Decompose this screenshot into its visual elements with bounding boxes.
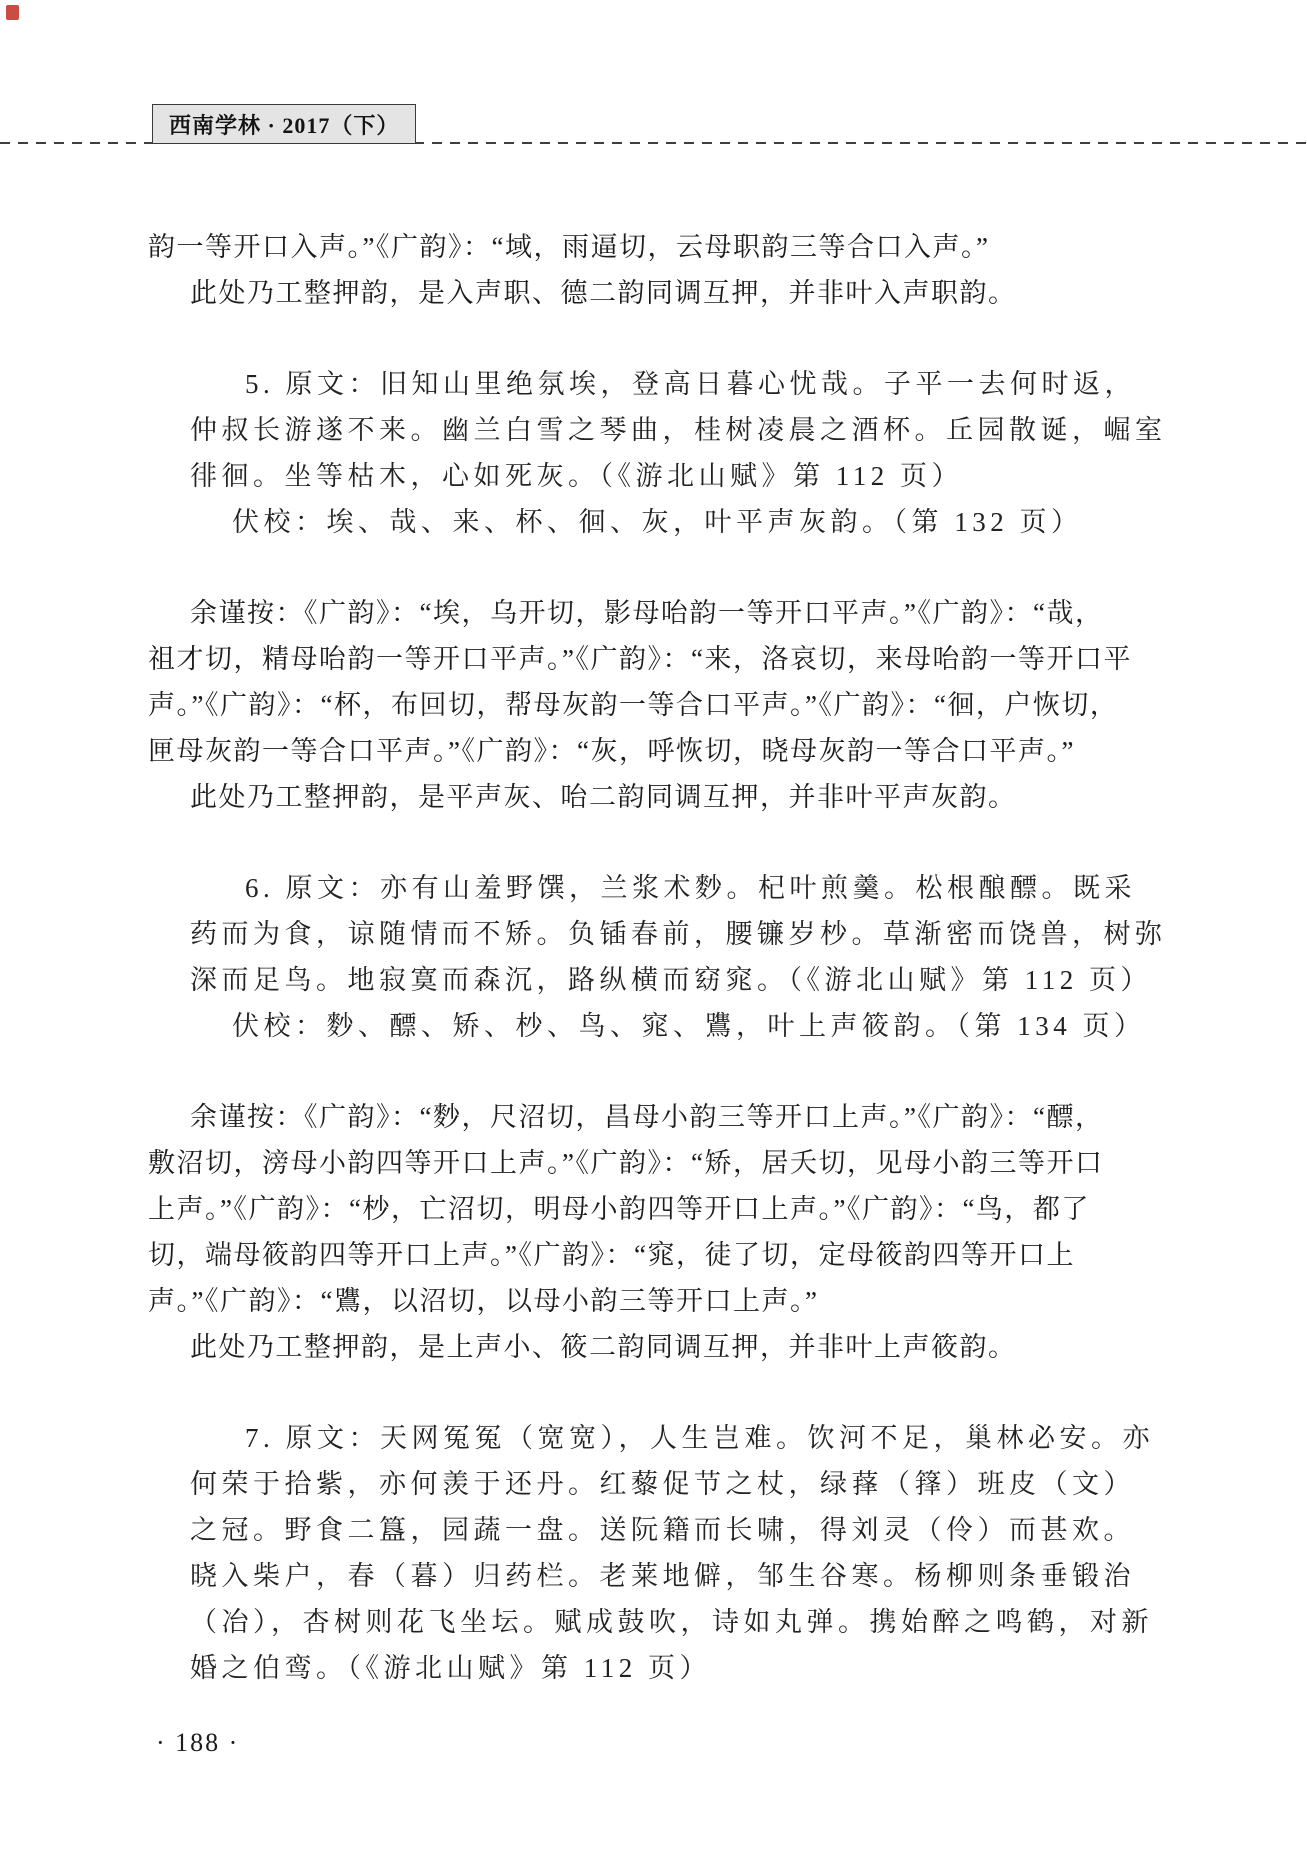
journal-title: 西南学林 · 2017（下）	[169, 109, 399, 140]
quotation-block: 7. 原文：天网冤冤（宽宽），人生岂难。饮河不足，巢林必安。亦何荣于拾紫，亦何羡…	[148, 1415, 1162, 1691]
document-page: 西南学林 · 2017（下） 韵一等开口入声。”《广韵》：“域，雨逼切，云母职韵…	[0, 0, 1307, 1859]
text-line: 婚之伯鸾。（《游北山赋》第 112 页）	[148, 1645, 1162, 1691]
page-number: · 188 ·	[156, 1728, 239, 1757]
text-line: 6. 原文：亦有山羞野馔，兰浆术麨。杞叶煎羹。松根酿醥。既采	[148, 865, 1162, 911]
text-line: 晓入柴户，春（暮）归药栏。老莱地僻，邹生谷寒。杨柳则条垂锻治	[148, 1553, 1162, 1599]
page-content: 韵一等开口入声。”《广韵》：“域，雨逼切，云母职韵三等合口入声。”此处乃工整押韵…	[148, 224, 1162, 1691]
text-line: 余谨按：《广韵》：“麨，尺沼切，昌母小韵三等开口上声。”《广韵》：“醥，	[148, 1094, 1162, 1140]
text-line: 5. 原文：旧知山里绝氛埃，登高日暮心忧哉。子平一去何时返，	[148, 361, 1162, 407]
text-line: 敷沼切，滂母小韵四等开口上声。”《广韵》：“矫，居夭切，见母小韵三等开口	[148, 1140, 1162, 1186]
text-line: 何荣于拾紫，亦何羡于还丹。红藜促节之杖，绿萚（箨）班皮（文）	[148, 1461, 1162, 1507]
text-line: 7. 原文：天网冤冤（宽宽），人生岂难。饮河不足，巢林必安。亦	[148, 1415, 1162, 1461]
paragraph-block: 韵一等开口入声。”《广韵》：“域，雨逼切，云母职韵三等合口入声。”此处乃工整押韵…	[148, 224, 1162, 316]
text-line: 此处乃工整押韵，是入声职、德二韵同调互押，并非叶入声职韵。	[148, 270, 1162, 316]
corner-mark	[6, 5, 19, 20]
text-line: 徘徊。坐等枯木，心如死灰。（《游北山赋》第 112 页）	[148, 453, 1162, 499]
paragraph-block: 余谨按：《广韵》：“麨，尺沼切，昌母小韵三等开口上声。”《广韵》：“醥，敷沼切，…	[148, 1094, 1162, 1370]
quotation-block: 5. 原文：旧知山里绝氛埃，登高日暮心忧哉。子平一去何时返，仲叔长游遂不来。幽兰…	[148, 361, 1162, 545]
text-line: 韵一等开口入声。”《广韵》：“域，雨逼切，云母职韵三等合口入声。”	[148, 224, 1162, 270]
text-line: （冶），杏树则花飞坐坛。赋成鼓吹，诗如丸弹。携始醉之鸣鹤，对新	[148, 1599, 1162, 1645]
text-line: 此处乃工整押韵，是上声小、筱二韵同调互押，并非叶上声筱韵。	[148, 1324, 1162, 1370]
text-line: 之冠。野食二簋，园蔬一盘。送阮籍而长啸，得刘灵（伶）而甚欢。	[148, 1507, 1162, 1553]
paragraph-block: 余谨按：《广韵》：“埃，乌开切，影母咍韵一等开口平声。”《广韵》：“哉，祖才切，…	[148, 590, 1162, 820]
text-line: 药而为食，谅随情而不矫。负锸春前，腰镰岁杪。草渐密而饶兽，树弥	[148, 911, 1162, 957]
text-line: 仲叔长游遂不来。幽兰白雪之琴曲，桂树凌晨之酒杯。丘园散诞，崛室	[148, 407, 1162, 453]
text-line: 声。”《广韵》：“鷕，以沼切，以母小韵三等开口上声。”	[148, 1278, 1162, 1324]
journal-title-box: 西南学林 · 2017（下）	[152, 104, 416, 144]
text-line: 伏校：埃、哉、来、杯、徊、灰，叶平声灰韵。（第 132 页）	[148, 499, 1162, 545]
text-line: 声。”《广韵》：“杯，布回切，帮母灰韵一等合口平声。”《广韵》：“徊，户恢切，	[148, 682, 1162, 728]
quotation-block: 6. 原文：亦有山羞野馔，兰浆术麨。杞叶煎羹。松根酿醥。既采药而为食，谅随情而不…	[148, 865, 1162, 1049]
text-line: 伏校：麨、醥、矫、杪、鸟、窕、鷕，叶上声筱韵。（第 134 页）	[148, 1003, 1162, 1049]
text-line: 深而足鸟。地寂寞而森沉，路纵横而窈窕。（《游北山赋》第 112 页）	[148, 957, 1162, 1003]
text-line: 余谨按：《广韵》：“埃，乌开切，影母咍韵一等开口平声。”《广韵》：“哉，	[148, 590, 1162, 636]
text-line: 祖才切，精母咍韵一等开口平声。”《广韵》：“来，洛哀切，来母咍韵一等开口平	[148, 636, 1162, 682]
page-footer: · 188 ·	[156, 1728, 239, 1758]
text-line: 上声。”《广韵》：“杪，亡沼切，明母小韵四等开口上声。”《广韵》：“鸟，都了	[148, 1186, 1162, 1232]
text-line: 此处乃工整押韵，是平声灰、咍二韵同调互押，并非叶平声灰韵。	[148, 774, 1162, 820]
text-line: 匣母灰韵一等合口平声。”《广韵》：“灰，呼恢切，晓母灰韵一等合口平声。”	[148, 728, 1162, 774]
text-line: 切，端母筱韵四等开口上声。”《广韵》：“窕，徒了切，定母筱韵四等开口上	[148, 1232, 1162, 1278]
